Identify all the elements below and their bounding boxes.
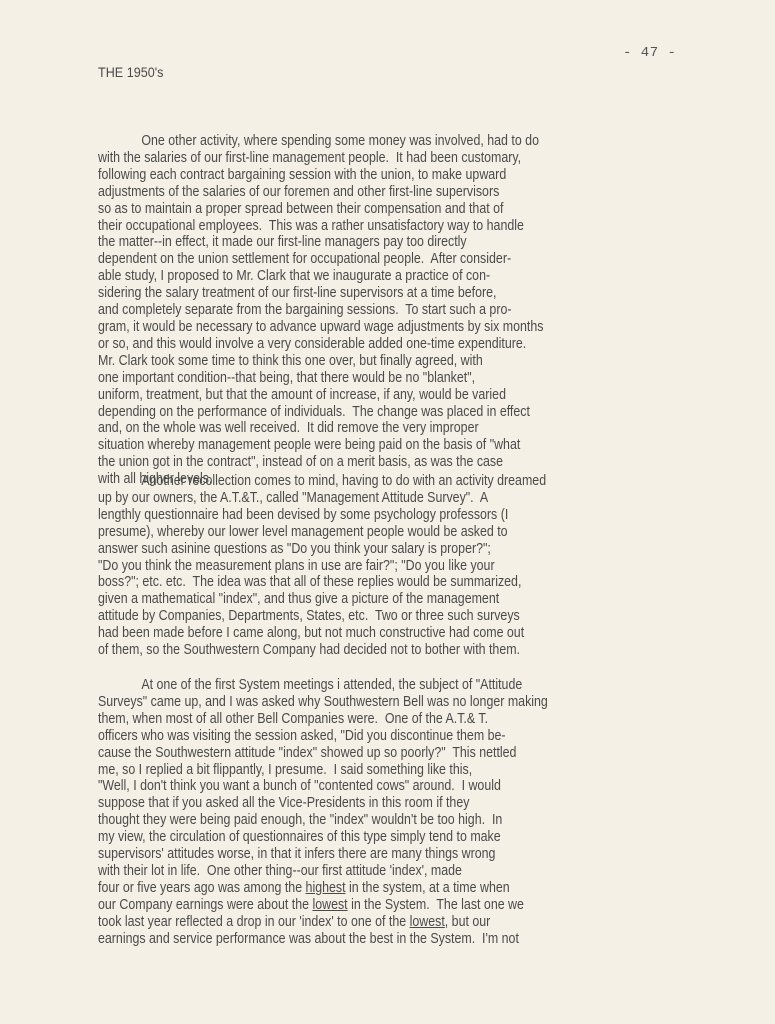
underlined-word-lowest: lowest — [410, 914, 445, 930]
text-line: our Company earnings were about the lowe… — [98, 897, 761, 914]
text-line: of them, so the Southwestern Company had… — [98, 642, 761, 659]
text-line: up by our owners, the A.T.&T., called "M… — [98, 490, 761, 507]
text-line: answer such asinine questions as "Do you… — [98, 541, 761, 558]
text-segment: in the system, at a time when — [346, 880, 510, 896]
text-segment: our Company earnings were about the — [98, 897, 312, 913]
text-line: attitude by Companies, Departments, Stat… — [98, 608, 761, 625]
text-line: Mr. Clark took some time to think this o… — [98, 353, 761, 370]
text-line: so as to maintain a proper spread betwee… — [98, 201, 761, 218]
text-line: one important condition--that being, tha… — [98, 370, 761, 387]
text-line: boss?"; etc. etc. The idea was that all … — [98, 574, 761, 591]
text-segment: , but our — [445, 914, 491, 930]
text-line: One other activity, where spending some … — [98, 133, 761, 150]
text-line: gram, it would be necessary to advance u… — [98, 319, 761, 336]
text-line: situation whereby management people were… — [98, 437, 761, 454]
text-line: took last year reflected a drop in our '… — [98, 914, 761, 931]
running-head: THE 1950's — [98, 64, 163, 80]
text-segment: four or five years ago was among the — [98, 880, 306, 896]
page-number: - 47 - — [623, 45, 676, 61]
text-line: with the salaries of our first-line mana… — [98, 150, 761, 167]
text-line: them, when most of all other Bell Compan… — [98, 711, 761, 728]
text-line: able study, I proposed to Mr. Clark that… — [98, 268, 761, 285]
text-segment: took last year reflected a drop in our '… — [98, 914, 410, 930]
text-line: with their lot in life. One other thing-… — [98, 863, 761, 880]
text-line: their occupational employees. This was a… — [98, 218, 761, 235]
text-line: and, on the whole was well received. It … — [98, 420, 761, 437]
text-line: depending on the performance of individu… — [98, 404, 761, 421]
text-line: following each contract bargaining sessi… — [98, 167, 761, 184]
text-line: had been made before I came along, but n… — [98, 625, 761, 642]
text-line: "Well, I don't think you want a bunch of… — [98, 778, 761, 795]
text-line: thought they were being paid enough, the… — [98, 812, 761, 829]
text-line: supervisors' attitudes worse, in that it… — [98, 846, 761, 863]
text-line: "Do you think the measurement plans in u… — [98, 558, 761, 575]
text-line: Another recollection comes to mind, havi… — [98, 473, 761, 490]
paragraph-system-meeting: At one of the first System meetings i at… — [98, 677, 761, 948]
text-line: earnings and service performance was abo… — [98, 931, 761, 948]
text-line: lengthly questionnaire had been devised … — [98, 507, 761, 524]
document-page: - 47 - THE 1950's One other activity, wh… — [0, 0, 775, 1024]
text-line: adjustments of the salaries of our forem… — [98, 184, 761, 201]
text-line: cause the Southwestern attitude "index" … — [98, 745, 761, 762]
text-line: dependent on the union settlement for oc… — [98, 251, 761, 268]
text-line: officers who was visiting the session as… — [98, 728, 761, 745]
text-segment: in the System. The last one we — [348, 897, 524, 913]
text-line: suppose that if you asked all the Vice-P… — [98, 795, 761, 812]
text-line: or so, and this would involve a very con… — [98, 336, 761, 353]
text-line: four or five years ago was among the hig… — [98, 880, 761, 897]
text-line: me, so I replied a bit flippantly, I pre… — [98, 762, 761, 779]
text-line: uniform, treatment, but that the amount … — [98, 387, 761, 404]
paragraph-attitude-survey: Another recollection comes to mind, havi… — [98, 473, 761, 659]
paragraph-salaries: One other activity, where spending some … — [98, 133, 761, 488]
text-line: presume), whereby our lower level manage… — [98, 524, 761, 541]
text-line: given a mathematical "index", and thus g… — [98, 591, 761, 608]
text-line: At one of the first System meetings i at… — [98, 677, 761, 694]
underlined-word-lowest: lowest — [312, 897, 347, 913]
underlined-word-highest: highest — [306, 880, 346, 896]
text-line: sidering the salary treatment of our fir… — [98, 285, 761, 302]
text-line: my view, the circulation of questionnair… — [98, 829, 761, 846]
text-line: the matter--in effect, it made our first… — [98, 234, 761, 251]
text-line: Surveys" came up, and I was asked why So… — [98, 694, 761, 711]
text-line: and completely separate from the bargain… — [98, 302, 761, 319]
text-line: the union got in the contract", instead … — [98, 454, 761, 471]
